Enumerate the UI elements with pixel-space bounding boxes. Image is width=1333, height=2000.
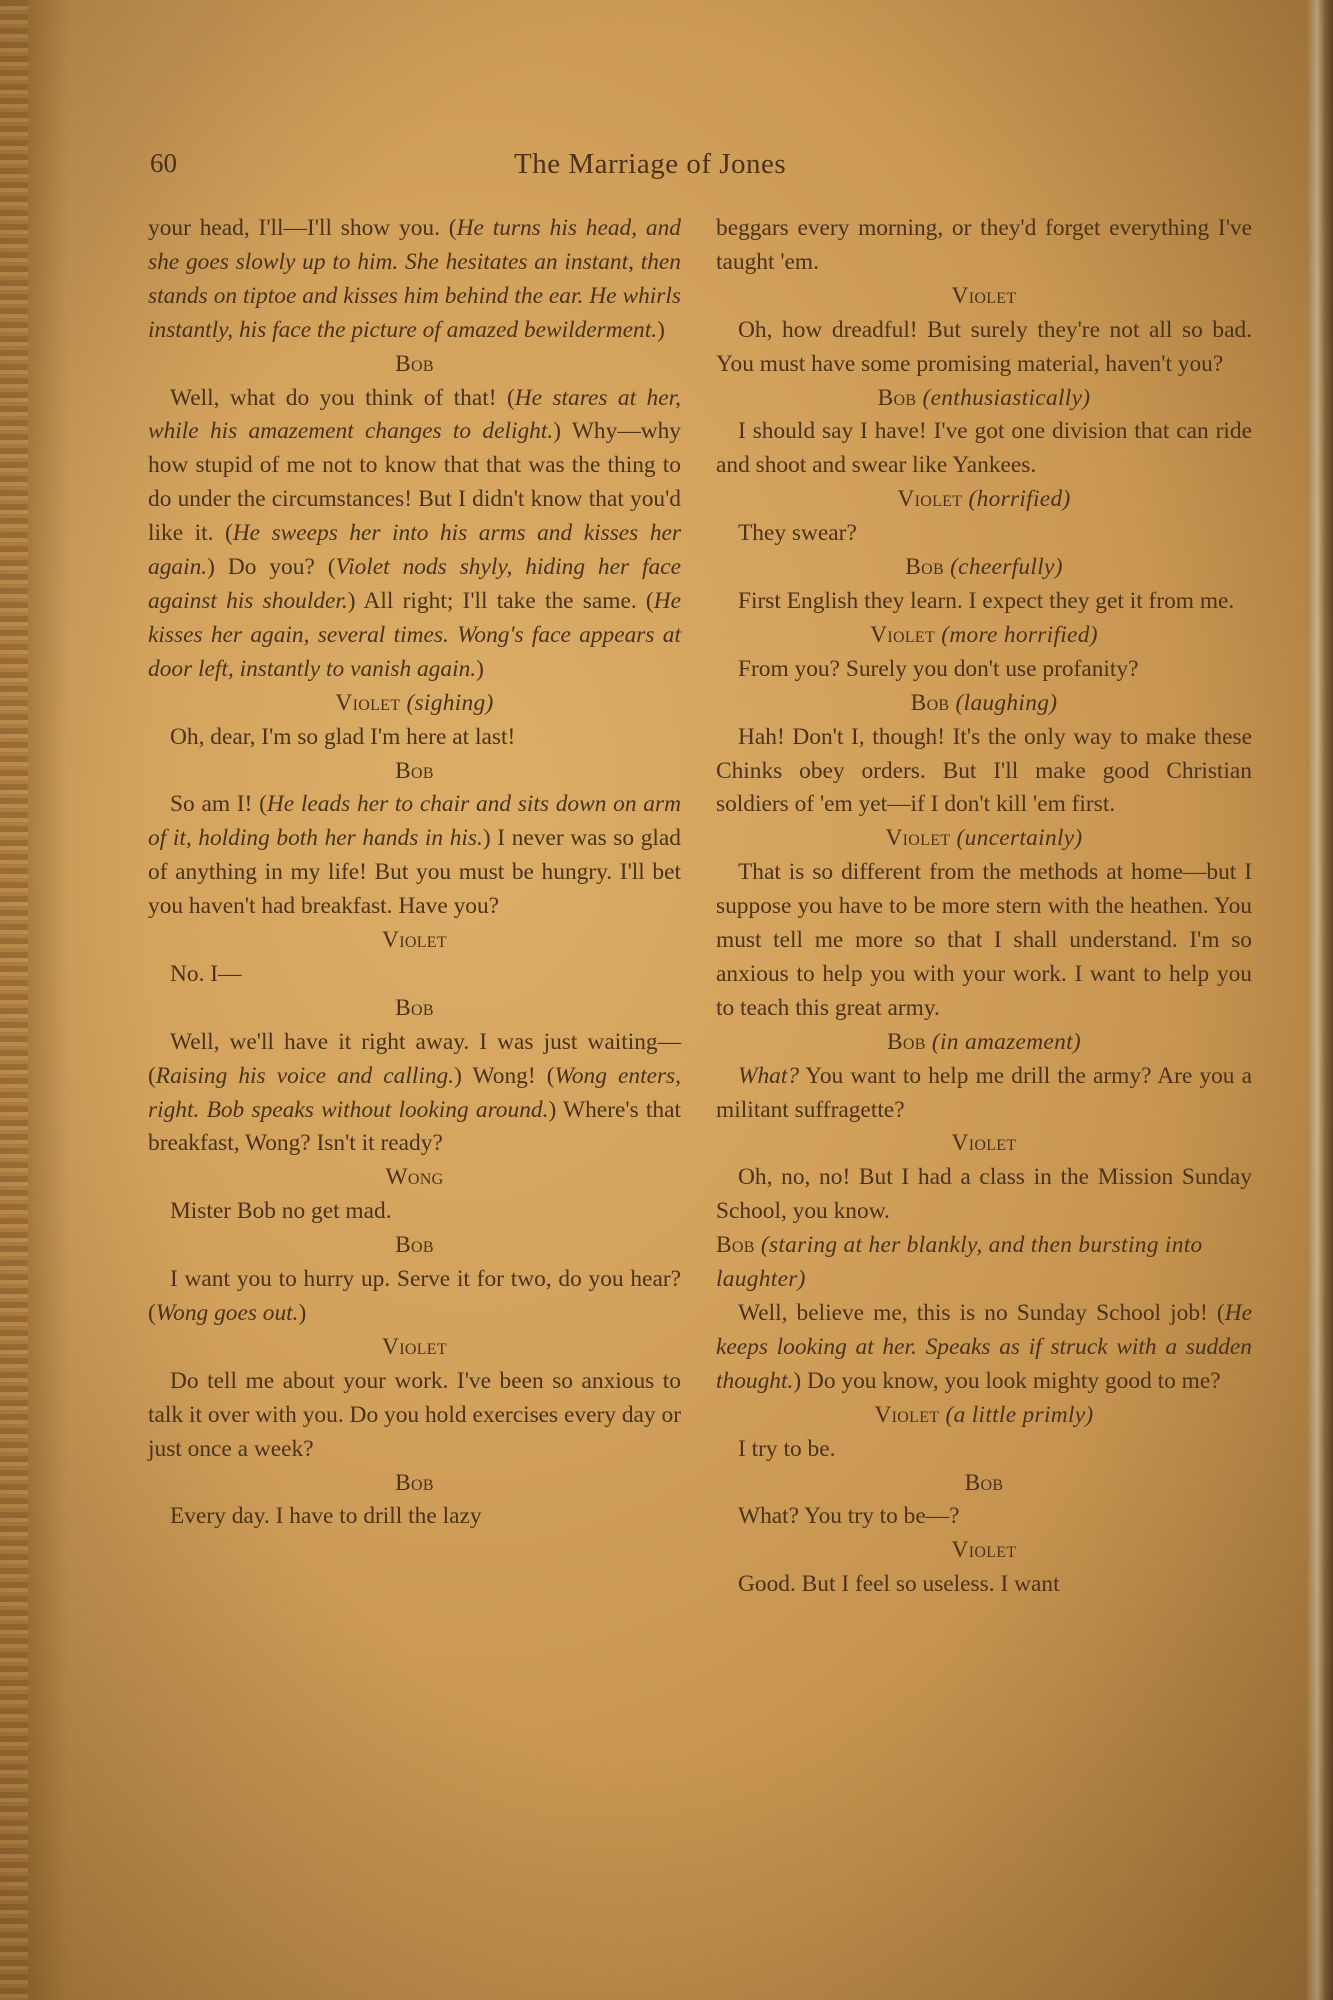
speaker-name: Violet [382,927,447,953]
stage-direction: (horrified) [962,486,1070,512]
dialogue-text: ) [657,317,665,343]
dialogue-text: Well, what do you think of that! ( [170,385,515,411]
dialogue-text: ) Do you know, you look mighty good to m… [793,1368,1220,1394]
speaker-name: Violet [952,1537,1017,1563]
speaker-cue: Bob (laughing) [716,687,1252,721]
dialogue-text: Every day. I have to drill the lazy [170,1503,482,1529]
speaker-cue: Violet [148,924,681,958]
speaker-name: Violet [382,1334,447,1360]
speaker-cue: Violet [716,1534,1252,1568]
dialogue-text: Good. But I feel so useless. I want [738,1571,1060,1597]
speaker-name: Bob [965,1470,1004,1496]
speaker-name: Violet [870,622,935,648]
dialogue-text: ) Wong! ( [454,1063,554,1089]
speaker-cue: Bob [148,992,681,1026]
speaker-cue: Bob (staring at her blankly, and then bu… [716,1229,1252,1297]
speaker-cue: Violet (a little primly) [716,1399,1252,1433]
speaker-cue: Violet (more horrified) [716,619,1252,653]
right-column: beggars every morning, or they'd forget … [716,212,1252,1602]
dialogue-text: ) [299,1300,307,1326]
left-column: your head, I'll—I'll show you. (He turns… [148,212,681,1534]
speaker-cue: Bob [716,1467,1252,1501]
dialogue-text: I should say I have! I've got one divisi… [716,418,1252,478]
speaker-cue: Bob [148,755,681,789]
dialogue-text: No. I— [170,961,241,987]
dialogue-text: First English they learn. I expect they … [738,588,1234,614]
book-page: 60 The Marriage of Jones your head, I'll… [0,0,1333,2000]
speaker-cue: Bob (cheerfully) [716,551,1252,585]
stage-direction: (a little primly) [939,1402,1093,1428]
speaker-cue: Violet (uncertainly) [716,822,1252,856]
dialogue-paragraph: First English they learn. I expect they … [716,585,1252,619]
dialogue-paragraph: Oh, no, no! But I had a class in the Mis… [716,1161,1252,1229]
dialogue-text: ) [476,656,484,682]
page-binding-edge [0,0,28,2000]
speaker-name: Bob [395,995,434,1021]
speaker-cue: Violet [148,1331,681,1365]
stage-direction: (sighing) [400,690,493,716]
dialogue-text: Oh, dear, I'm so glad I'm here at last! [170,724,515,750]
stage-direction: (enthusiastically) [916,385,1090,411]
dialogue-paragraph: Good. But I feel so useless. I want [716,1568,1252,1602]
dialogue-text: That is so different from the methods at… [716,859,1252,1021]
dialogue-paragraph: I try to be. [716,1433,1252,1467]
dialogue-paragraph: Mister Bob no get mad. [148,1195,681,1229]
speaker-cue: Bob (in amazement) [716,1026,1252,1060]
dialogue-paragraph: Well, what do you think of that! (He sta… [148,382,681,687]
running-title: The Marriage of Jones [514,148,786,181]
dialogue-paragraph: No. I— [148,958,681,992]
dialogue-paragraph: So am I! (He leads her to chair and sits… [148,788,681,924]
dialogue-paragraph: They swear? [716,517,1252,551]
stage-direction: (laughing) [949,690,1057,716]
dialogue-paragraph: Hah! Don't I, though! It's the only way … [716,721,1252,823]
stage-direction: What? [738,1063,799,1089]
speaker-name: Bob [395,351,434,377]
dialogue-paragraph: Every day. I have to drill the lazy [148,1500,681,1534]
dialogue-paragraph: Oh, how dreadful! But surely they're not… [716,314,1252,382]
speaker-name: Violet [897,486,962,512]
dialogue-paragraph: Do tell me about your work. I've been so… [148,1365,681,1467]
speaker-cue: Violet [716,1127,1252,1161]
dialogue-text: I try to be. [738,1436,835,1462]
speaker-cue: Violet (sighing) [148,687,681,721]
stage-direction: (cheerfully) [944,554,1063,580]
speaker-name: Wong [386,1164,444,1190]
speaker-name: Violet [874,1402,939,1428]
stage-direction: (uncertainly) [950,825,1082,851]
stage-direction: Wong goes out. [156,1300,299,1326]
dialogue-paragraph: That is so different from the methods at… [716,856,1252,1026]
dialogue-text: From you? Surely you don't use profanity… [738,656,1139,682]
dialogue-text: ) All right; I'll take the same. ( [348,588,654,614]
page-right-edge [1307,0,1333,2000]
speaker-cue: Bob [148,348,681,382]
speaker-name: Bob [878,385,917,411]
page-header: 60 The Marriage of Jones [150,148,1250,188]
dialogue-text: your head, I'll—I'll show you. ( [148,215,457,241]
speaker-name: Bob [395,1470,434,1496]
dialogue-text: ) Do you? ( [207,554,335,580]
speaker-name: Violet [335,690,400,716]
speaker-name: Bob [395,1232,434,1258]
speaker-cue: Wong [148,1161,681,1195]
speaker-name: Bob [716,1232,755,1258]
dialogue-text: Oh, how dreadful! But surely they're not… [716,317,1252,377]
dialogue-text: They swear? [738,520,857,546]
dialogue-text: Do tell me about your work. I've been so… [148,1368,681,1462]
dialogue-paragraph: From you? Surely you don't use profanity… [716,653,1252,687]
speaker-name: Violet [952,283,1017,309]
dialogue-paragraph: What? You want to help me drill the army… [716,1060,1252,1128]
dialogue-paragraph: your head, I'll—I'll show you. (He turns… [148,212,681,348]
page-number: 60 [150,148,177,179]
speaker-cue: Bob [148,1467,681,1501]
stage-direction: (in amazement) [926,1029,1081,1055]
dialogue-text: Mister Bob no get mad. [170,1198,392,1224]
dialogue-text: Well, believe me, this is no Sunday Scho… [738,1300,1225,1326]
speaker-name: Violet [952,1130,1017,1156]
dialogue-paragraph: Well, believe me, this is no Sunday Scho… [716,1297,1252,1399]
speaker-name: Bob [905,554,944,580]
speaker-cue: Violet (horrified) [716,483,1252,517]
speaker-cue: Bob (enthusiastically) [716,382,1252,416]
dialogue-text: Oh, no, no! But I had a class in the Mis… [716,1164,1252,1224]
speaker-cue: Violet [716,280,1252,314]
gutter-shadow [28,0,68,2000]
dialogue-paragraph: I should say I have! I've got one divisi… [716,415,1252,483]
dialogue-paragraph: Oh, dear, I'm so glad I'm here at last! [148,721,681,755]
stage-direction: (staring at her blankly, and then bursti… [716,1232,1203,1292]
speaker-name: Bob [395,758,434,784]
dialogue-paragraph: What? You try to be—? [716,1500,1252,1534]
dialogue-paragraph: Well, we'll have it right away. I was ju… [148,1026,681,1162]
speaker-name: Bob [911,690,950,716]
speaker-name: Violet [885,825,950,851]
speaker-cue: Bob [148,1229,681,1263]
dialogue-text: So am I! ( [170,791,267,817]
dialogue-text: What? You try to be—? [738,1503,960,1529]
stage-direction: (more horrified) [935,622,1098,648]
dialogue-paragraph: I want you to hurry up. Serve it for two… [148,1263,681,1331]
stage-direction: Raising his voice and calling. [156,1063,454,1089]
dialogue-text: Hah! Don't I, though! It's the only way … [716,724,1252,818]
dialogue-text: beggars every morning, or they'd forget … [716,215,1252,275]
dialogue-paragraph: beggars every morning, or they'd forget … [716,212,1252,280]
speaker-name: Bob [887,1029,926,1055]
